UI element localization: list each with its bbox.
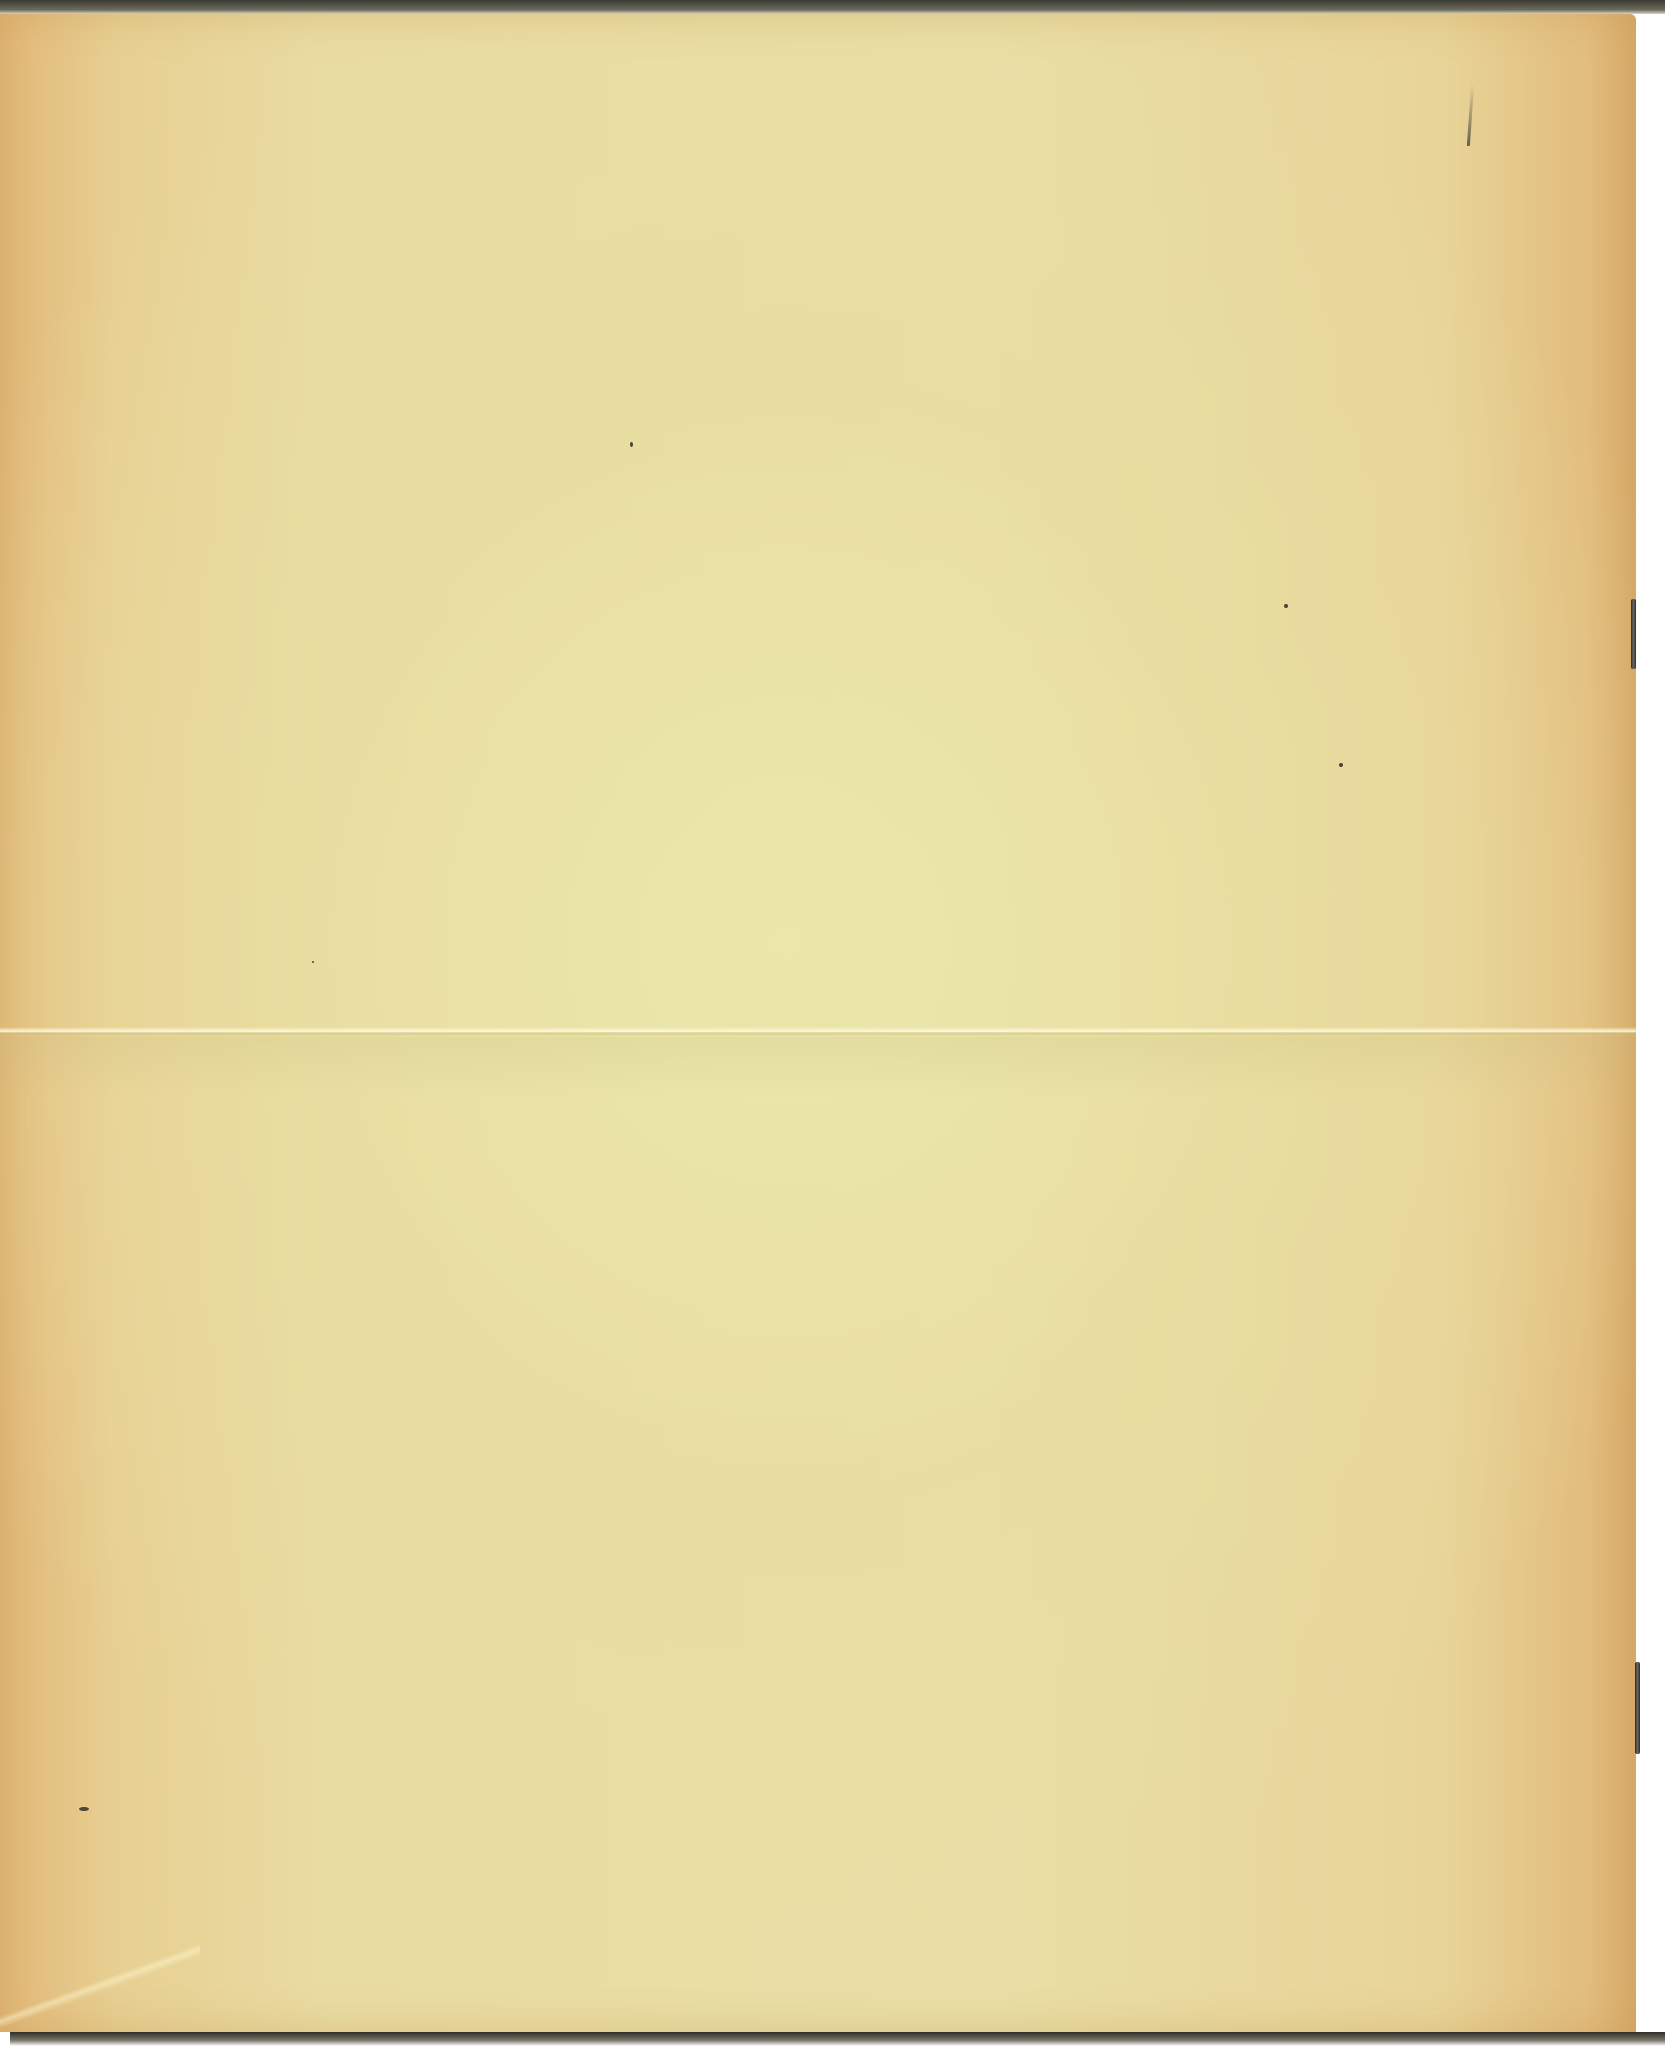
scanner-edge-top [0,0,1665,14]
scanner-edge-bottom [10,2032,1665,2046]
blank-paper-page [0,14,1636,2032]
staple-icon [1635,1662,1640,1754]
ink-speck [630,442,633,447]
fold-crease [0,1027,1636,1037]
ink-speck [1339,763,1343,767]
staple-icon [1631,599,1636,669]
ink-speck [1284,604,1288,608]
ink-speck [312,961,314,963]
pen-mark [1467,84,1474,146]
corner-crease [0,1934,200,2044]
ink-speck [79,1807,89,1811]
fold-shadow [0,1037,1636,1097]
